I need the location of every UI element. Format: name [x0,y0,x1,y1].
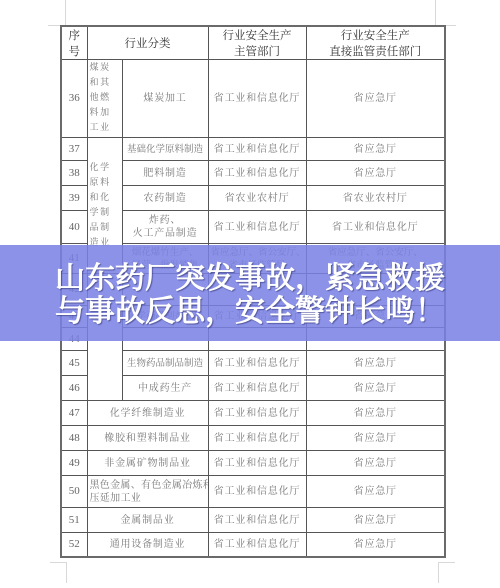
row-dept: 省工业和信息化厅 [208,426,306,451]
row-no: 50 [61,476,87,508]
row-dept: 省工业和信息化厅 [208,451,306,476]
row-dept: 省工业和信息化厅 [208,476,306,508]
row-dept: 省工业和信息化厅 [208,60,306,138]
row-direct: 省应急厅 [306,426,445,451]
row-no: 46 [61,376,87,401]
crop-mark-bottom-left-v [66,562,67,583]
table-row: 52 通用设备制造业 省工业和信息化厅 省应急厅 [61,533,445,557]
row-dept: 省工业和信息化厅 [208,161,306,186]
row-direct: 省应急厅 [306,376,445,401]
row-direct: 省应急厅 [306,451,445,476]
row-subcategory: 生物药品制品制造 [122,351,208,376]
row-subcategory: 肥料制造 [122,161,208,186]
row-direct: 省应急厅 [306,508,445,533]
row-direct: 省应急厅 [306,351,445,376]
table-row: 37 化学原料和化学制品制造业 基础化学原料制造 省工业和信息化厅 省应急厅 [61,138,445,161]
row-dept: 省工业和信息化厅 [208,508,306,533]
row-dept: 省工业和信息化厅 [208,351,306,376]
row-no: 49 [61,451,87,476]
headline-banner: 山东药厂突发事故，紧急救援 与事故反思，安全警钟长鸣！ [0,245,500,341]
crop-mark-bottom-right-h [438,562,455,563]
row-subcategory: 农药制造 [122,186,208,211]
row-no: 36 [61,60,87,138]
headline-line2: 与事故反思，安全警钟长鸣！ [0,295,500,328]
row-no: 48 [61,426,87,451]
header-dept-line1: 行业安全生产 [211,27,304,43]
header-category: 行业分类 [87,26,208,60]
row-no: 38 [61,161,87,186]
row-direct: 省应急厅 [306,60,445,138]
row-direct: 省应急厅 [306,138,445,161]
row-no: 51 [61,508,87,533]
row-no: 39 [61,186,87,211]
row-subcategory: 煤炭加工 [122,60,208,138]
header-no: 序号 [61,26,87,60]
header-dept-line2: 主管部门 [211,43,304,59]
row-subcategory: 化学纤维制造业 [87,401,208,426]
table-row: 36 煤炭和其他燃料加工业 煤炭加工 省工业和信息化厅 省应急厅 [61,60,445,138]
row-dept: 省工业和信息化厅 [208,376,306,401]
row-subcategory: 炸药、 火工产品制造 [122,211,208,244]
row-direct: 省应急厅 [306,533,445,557]
table-row: 48 橡胶和塑料制品业 省工业和信息化厅 省应急厅 [61,426,445,451]
row-direct: 省应急厅 [306,476,445,508]
category-group: 煤炭和其他燃料加工业 [87,60,122,138]
crop-mark-top-right-v [435,0,436,25]
row-no: 52 [61,533,87,557]
row-dept: 省农业农村厅 [208,186,306,211]
row-dept: 省工业和信息化厅 [208,211,306,244]
row-direct: 省工业和信息化厅 [306,211,445,244]
row-dept: 省工业和信息化厅 [208,138,306,161]
row-subcategory-line2: 火工产品制造 [125,227,206,240]
row-dept: 省工业和信息化厅 [208,533,306,557]
table-header-row: 序号 行业分类 行业安全生产 主管部门 行业安全生产 直接监管责任部门 [61,26,445,60]
table-row: 50 黑色金属、有色金属冶炼和 压延加工业 省工业和信息化厅 省应急厅 [61,476,445,508]
row-no: 47 [61,401,87,426]
row-no: 37 [61,138,87,161]
row-subcategory-line1: 黑色金属、有色金属冶炼和 [90,479,206,492]
crop-mark-bottom-left-h [50,562,66,563]
row-subcategory: 橡胶和塑料制品业 [87,426,208,451]
header-direct: 行业安全生产 直接监管责任部门 [306,26,445,60]
table-row: 51 金属制品业 省工业和信息化厅 省应急厅 [61,508,445,533]
table-row: 49 非金属矿物制品业 省工业和信息化厅 省应急厅 [61,451,445,476]
row-direct: 省应急厅 [306,401,445,426]
row-dept: 省工业和信息化厅 [208,401,306,426]
crop-mark-top-left-v [65,0,66,25]
row-direct: 省农业农村厅 [306,186,445,211]
row-subcategory: 非金属矿物制品业 [87,451,208,476]
header-direct-line1: 行业安全生产 [309,27,443,43]
header-dept: 行业安全生产 主管部门 [208,26,306,60]
row-no: 45 [61,351,87,376]
row-subcategory-line1: 炸药、 [125,214,206,227]
row-no: 40 [61,211,87,244]
row-subcategory: 基础化学原料制造 [122,138,208,161]
headline-line1: 山东药厂突发事故，紧急救援 [0,262,500,295]
row-subcategory: 中成药生产 [122,376,208,401]
table-row: 47 化学纤维制造业 省工业和信息化厅 省应急厅 [61,401,445,426]
row-direct: 省应急厅 [306,161,445,186]
header-direct-line2: 直接监管责任部门 [309,43,443,59]
crop-mark-top-left-h [48,25,60,26]
row-subcategory-line2: 压延加工业 [90,492,206,505]
crop-mark-bottom-right-v [438,562,439,583]
row-subcategory: 黑色金属、有色金属冶炼和 压延加工业 [87,476,208,508]
row-subcategory: 金属制品业 [87,508,208,533]
row-subcategory: 通用设备制造业 [87,533,208,557]
